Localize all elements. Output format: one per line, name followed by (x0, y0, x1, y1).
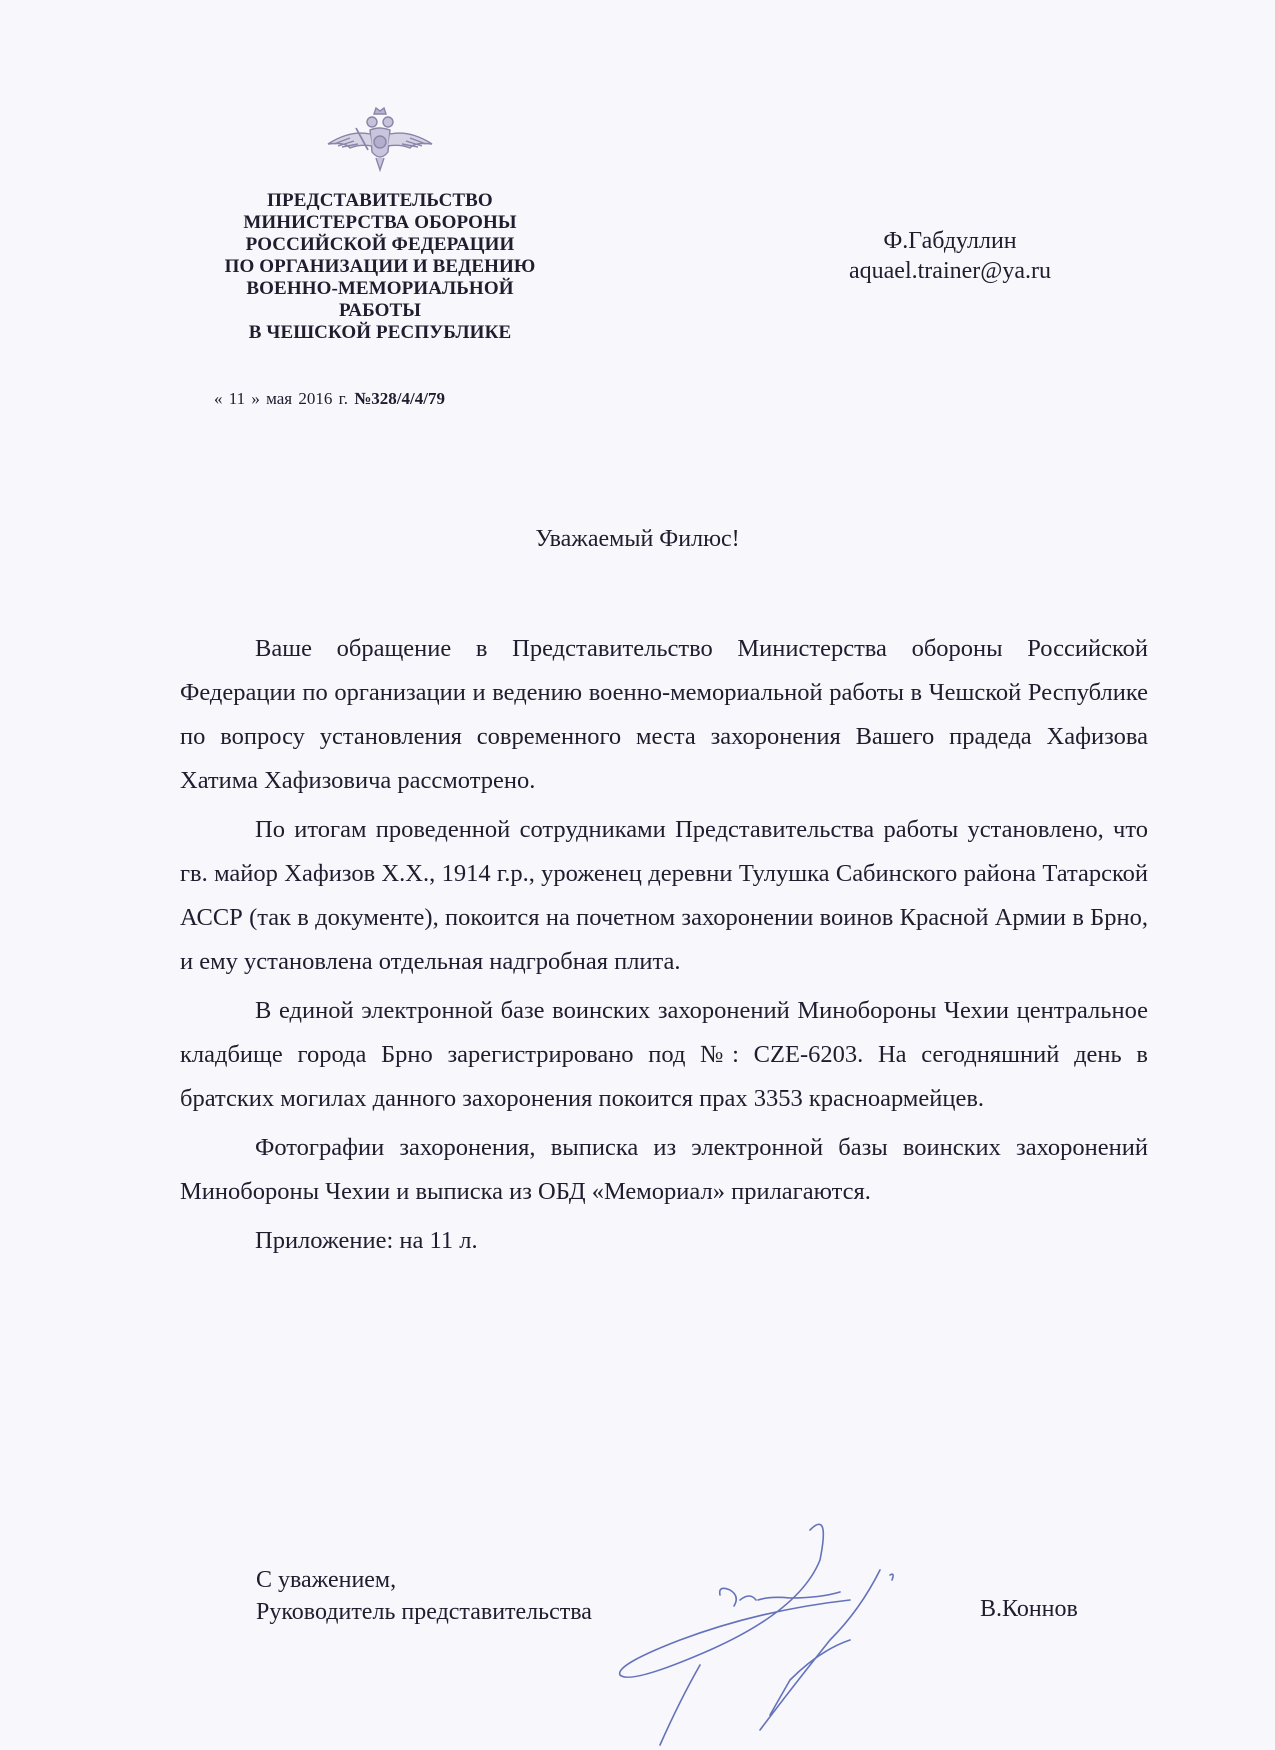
body-paragraph: Фотографии захоронения, выписка из элект… (180, 1126, 1148, 1214)
recipient-email: aquael.trainer@ya.ru (800, 256, 1100, 286)
org-line: ПО ОРГАНИЗАЦИИ И ВЕДЕНИЮ (180, 256, 580, 278)
date-year: 2016 г. (298, 389, 348, 408)
org-line: РОССИЙСКОЙ ФЕДЕРАЦИИ (180, 234, 580, 256)
attachment-note: Приложение: на 11 л. (180, 1219, 1148, 1263)
handwritten-signature-icon (590, 1500, 1010, 1750)
body-paragraph: Ваше обращение в Представительство Минис… (180, 627, 1148, 803)
letter-body: Ваше обращение в Представительство Минис… (180, 627, 1148, 1268)
recipient-block: Ф.Габдуллин aquael.trainer@ya.ru (800, 226, 1100, 286)
body-paragraph: В единой электронной базе воинских захор… (180, 989, 1148, 1121)
closing-regards: С уважением, (256, 1564, 592, 1596)
double-headed-eagle-emblem-icon (320, 104, 440, 172)
signer-position: Руководитель представительства (256, 1596, 592, 1628)
closing-block: С уважением, Руководитель представительс… (256, 1564, 592, 1628)
body-paragraph: По итогам проведенной сотрудниками Предс… (180, 808, 1148, 984)
org-line: В ЧЕШСКОЙ РЕСПУБЛИКЕ (180, 322, 580, 344)
letter-page: ПРЕДСТАВИТЕЛЬСТВО МИНИСТЕРСТВА ОБОРОНЫ Р… (0, 0, 1275, 1750)
org-line: МИНИСТЕРСТВА ОБОРОНЫ (180, 212, 580, 234)
organization-header: ПРЕДСТАВИТЕЛЬСТВО МИНИСТЕРСТВА ОБОРОНЫ Р… (180, 190, 580, 344)
signer-name: В.Коннов (980, 1596, 1078, 1623)
greeting: Уважаемый Филюс! (0, 526, 1275, 553)
date-month: мая (266, 389, 292, 408)
letter-number: №328/4/4/79 (354, 389, 445, 408)
letter-date-line: « 11 » мая 2016 г. №328/4/4/79 (214, 389, 445, 409)
recipient-name: Ф.Габдуллин (800, 226, 1100, 256)
org-line: ПРЕДСТАВИТЕЛЬСТВО (180, 190, 580, 212)
org-line: РАБОТЫ (180, 300, 580, 322)
org-line: ВОЕННО-МЕМОРИАЛЬНОЙ (180, 278, 580, 300)
date-day: « 11 » (214, 389, 260, 408)
